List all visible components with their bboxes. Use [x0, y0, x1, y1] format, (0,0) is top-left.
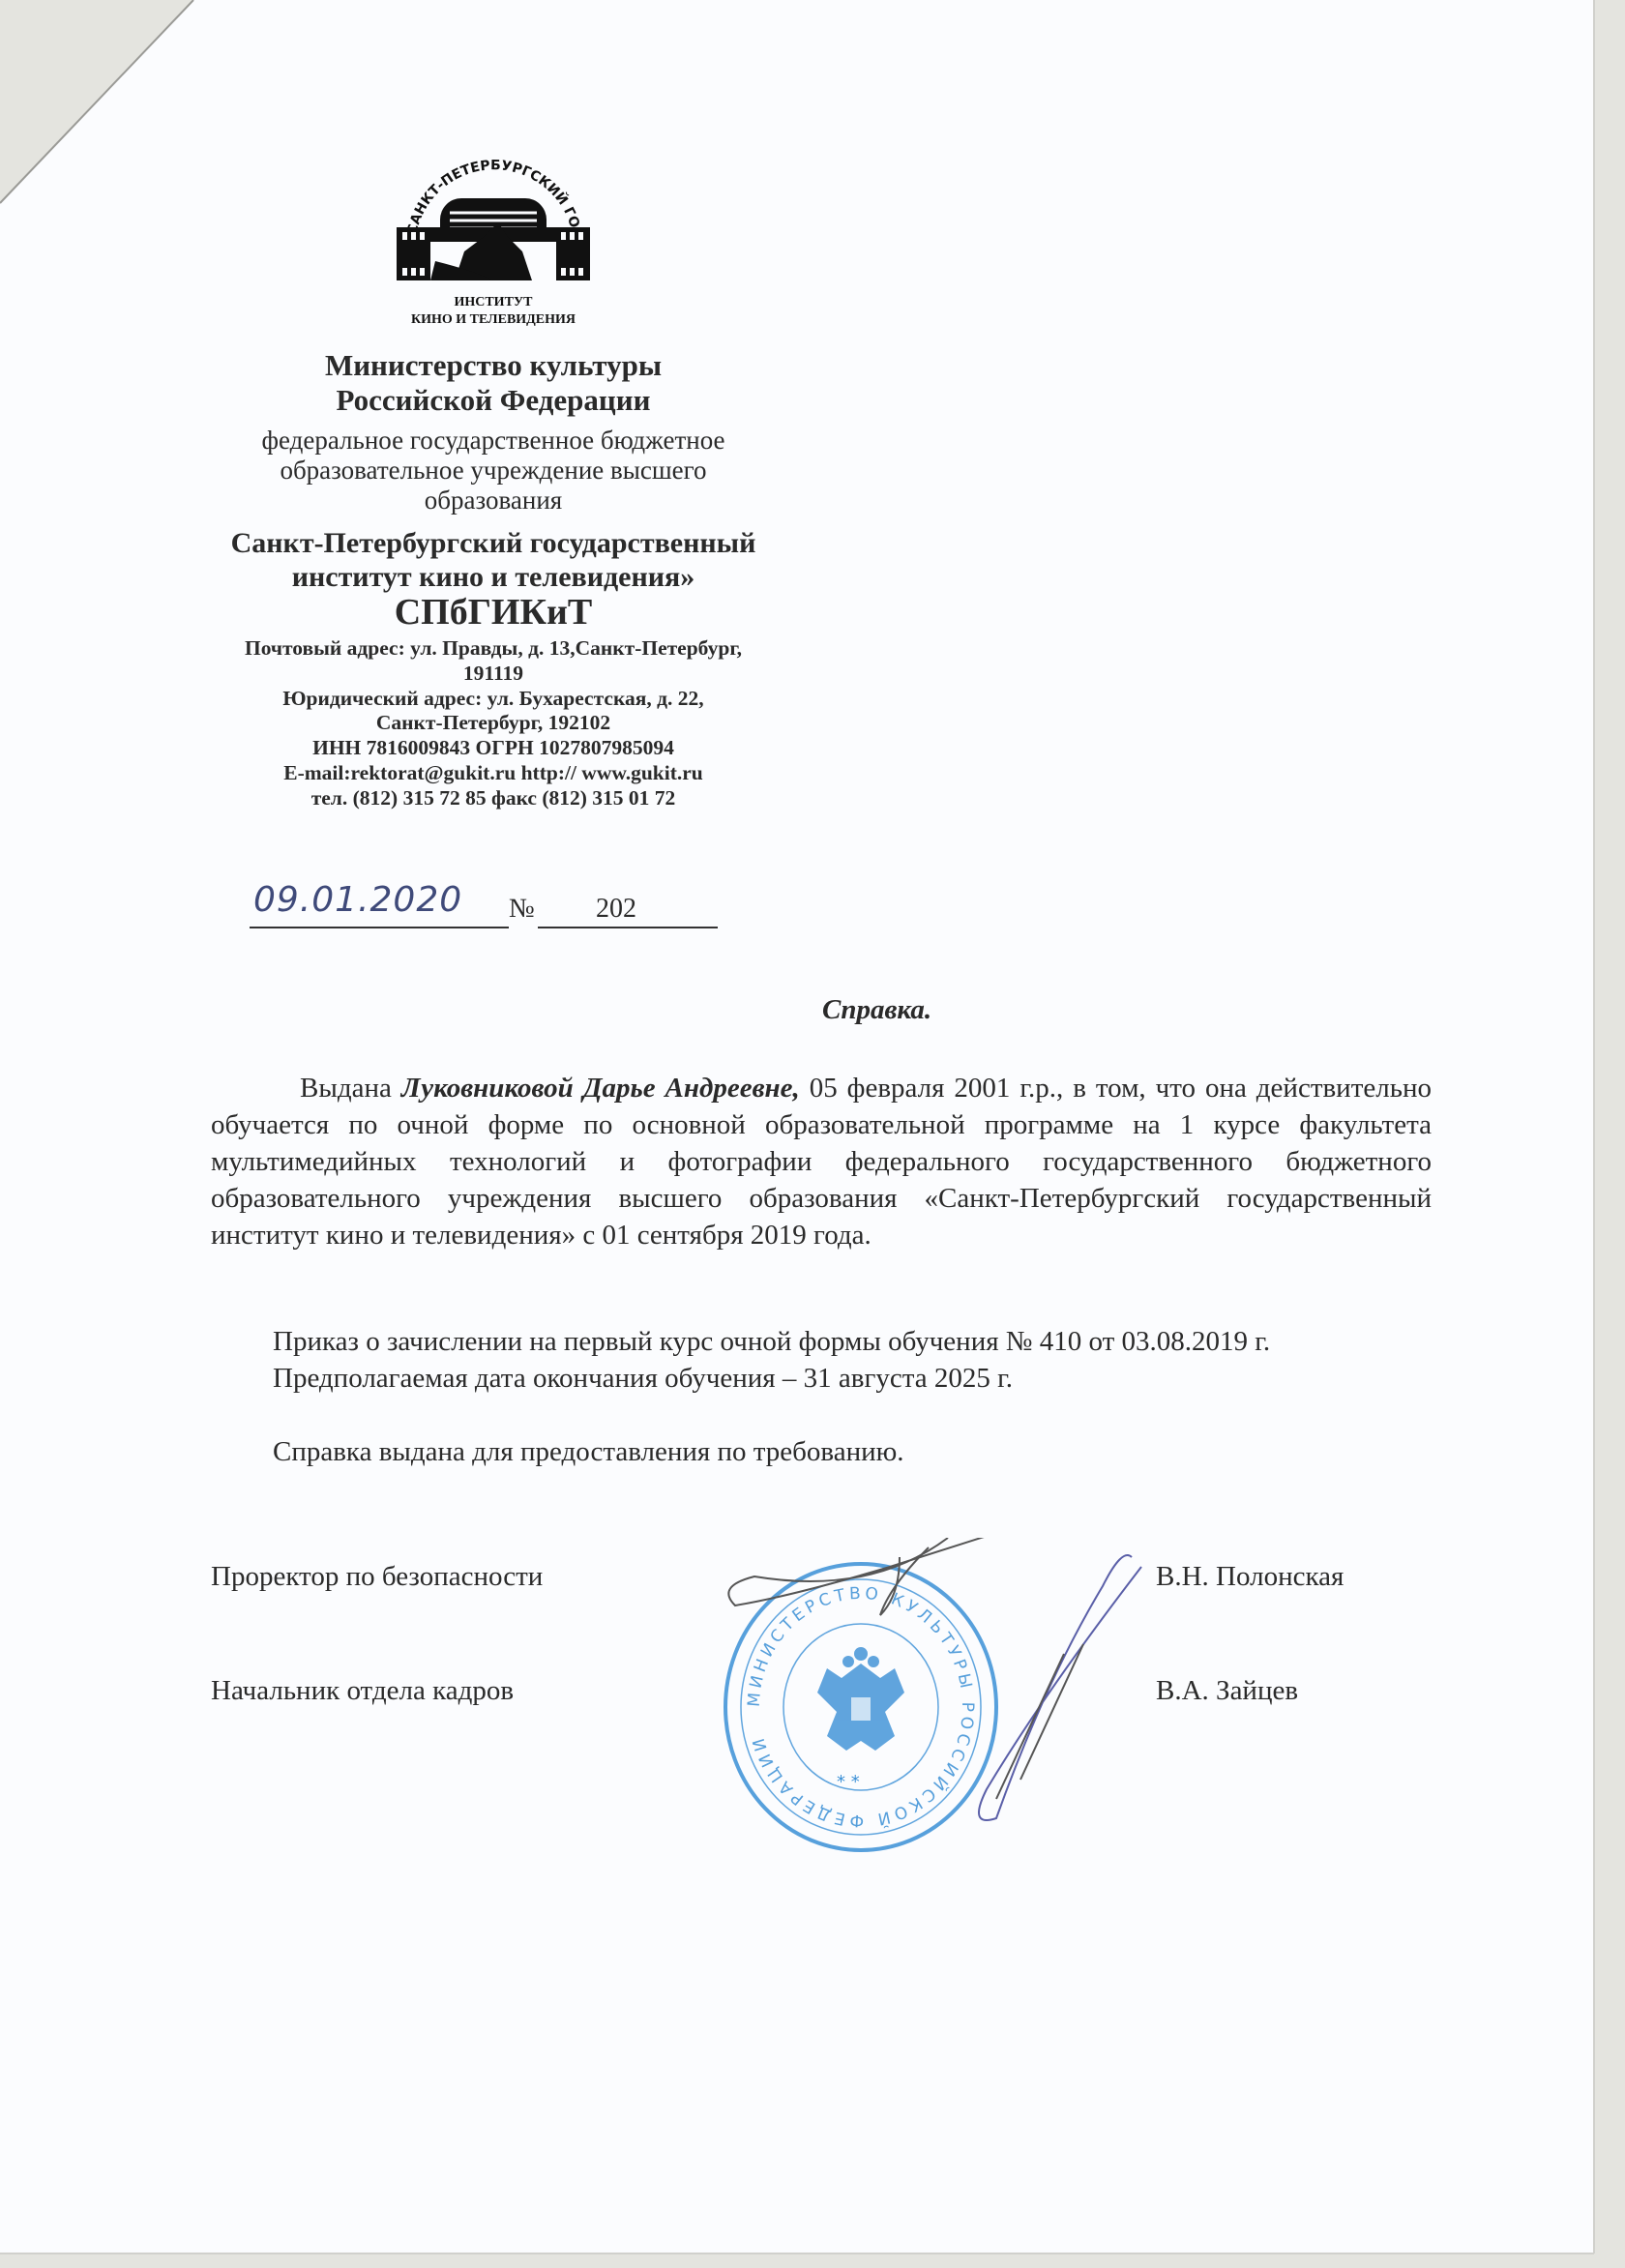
fed-line-2: образовательное учреждение высшего	[145, 456, 842, 486]
legal-address: Юридический адрес: ул. Бухарестская, д. …	[145, 687, 842, 712]
end-date-line: Предполагаемая дата окончания обучения –…	[273, 1360, 1013, 1397]
tax-ids: ИНН 7816009843 ОГРН 1027807985094	[145, 736, 842, 761]
postal-address: Почтовый адрес: ул. Правды, д. 13,Санкт-…	[145, 636, 842, 662]
institution-name: Санкт-Петербургский государственный инст…	[145, 527, 842, 594]
signatory-2-name: В.А. Зайцев	[1156, 1675, 1298, 1707]
institution-abbreviation: СПбГИКиТ	[145, 592, 842, 634]
inst-line-1: Санкт-Петербургский государственный	[145, 527, 842, 561]
certificate-body: Выдана Луковниковой Дарье Андреевне, 05 …	[211, 1070, 1432, 1253]
number-field: 202	[538, 882, 718, 928]
number-sign: №	[509, 894, 535, 925]
recipient-name: Луковниковой Дарье Андреевне,	[401, 1073, 800, 1104]
signatory-2-position: Начальник отдела кадров	[211, 1675, 514, 1707]
ministry-line-2: Российской Федерации	[145, 383, 842, 418]
logo-line1: ИНСТИТУТ	[454, 295, 533, 309]
email-web: E-mail:rektorat@gukit.ru http:// www.guk…	[145, 761, 842, 786]
order-line: Приказ о зачислении на первый курс очной…	[273, 1323, 1270, 1360]
inst-line-2: институт кино и телевидения»	[145, 561, 842, 595]
date-field: 09.01.2020	[250, 882, 509, 928]
document-title: Справка.	[822, 994, 931, 1026]
svg-text:* *: * *	[837, 1772, 860, 1792]
logo-line2: КИНО И ТЕЛЕВИДЕНИЯ	[411, 312, 576, 327]
ministry-heading: Министерство культуры Российской Федерац…	[145, 348, 842, 417]
fed-line-1: федеральное государственное бюджетное	[145, 426, 842, 456]
institution-type: федеральное государственное бюджетное об…	[145, 426, 842, 515]
body-prefix: Выдана	[300, 1073, 401, 1104]
signatory-1-name: В.Н. Полонская	[1156, 1561, 1344, 1593]
postal-code: 191119	[145, 662, 842, 687]
fed-line-3: образования	[145, 486, 842, 515]
handwritten-date: 09.01.2020	[253, 880, 462, 920]
document-number: 202	[596, 894, 636, 925]
contact-block: Почтовый адрес: ул. Правды, д. 13,Санкт-…	[145, 636, 842, 811]
ministry-line-1: Министерство культуры	[145, 348, 842, 383]
official-stamp: МИНИСТЕРСТВО КУЛЬТУРЫ РОССИЙСКОЙ ФЕДЕРАЦ…	[721, 1557, 1001, 1857]
signatory-1-position: Проректор по безопасности	[211, 1561, 543, 1593]
purpose-line: Справка выдана для предоставления по тре…	[273, 1433, 904, 1470]
phone-fax: тел. (812) 315 72 85 факс (812) 315 01 7…	[145, 786, 842, 811]
legal-address-city: Санкт-Петербург, 192102	[145, 711, 842, 736]
institute-logo: САНКТ-ПЕТЕРБУРГСКИЙ ГОСУДАРСТВЕННЫЙ ИНСТ…	[387, 145, 600, 334]
